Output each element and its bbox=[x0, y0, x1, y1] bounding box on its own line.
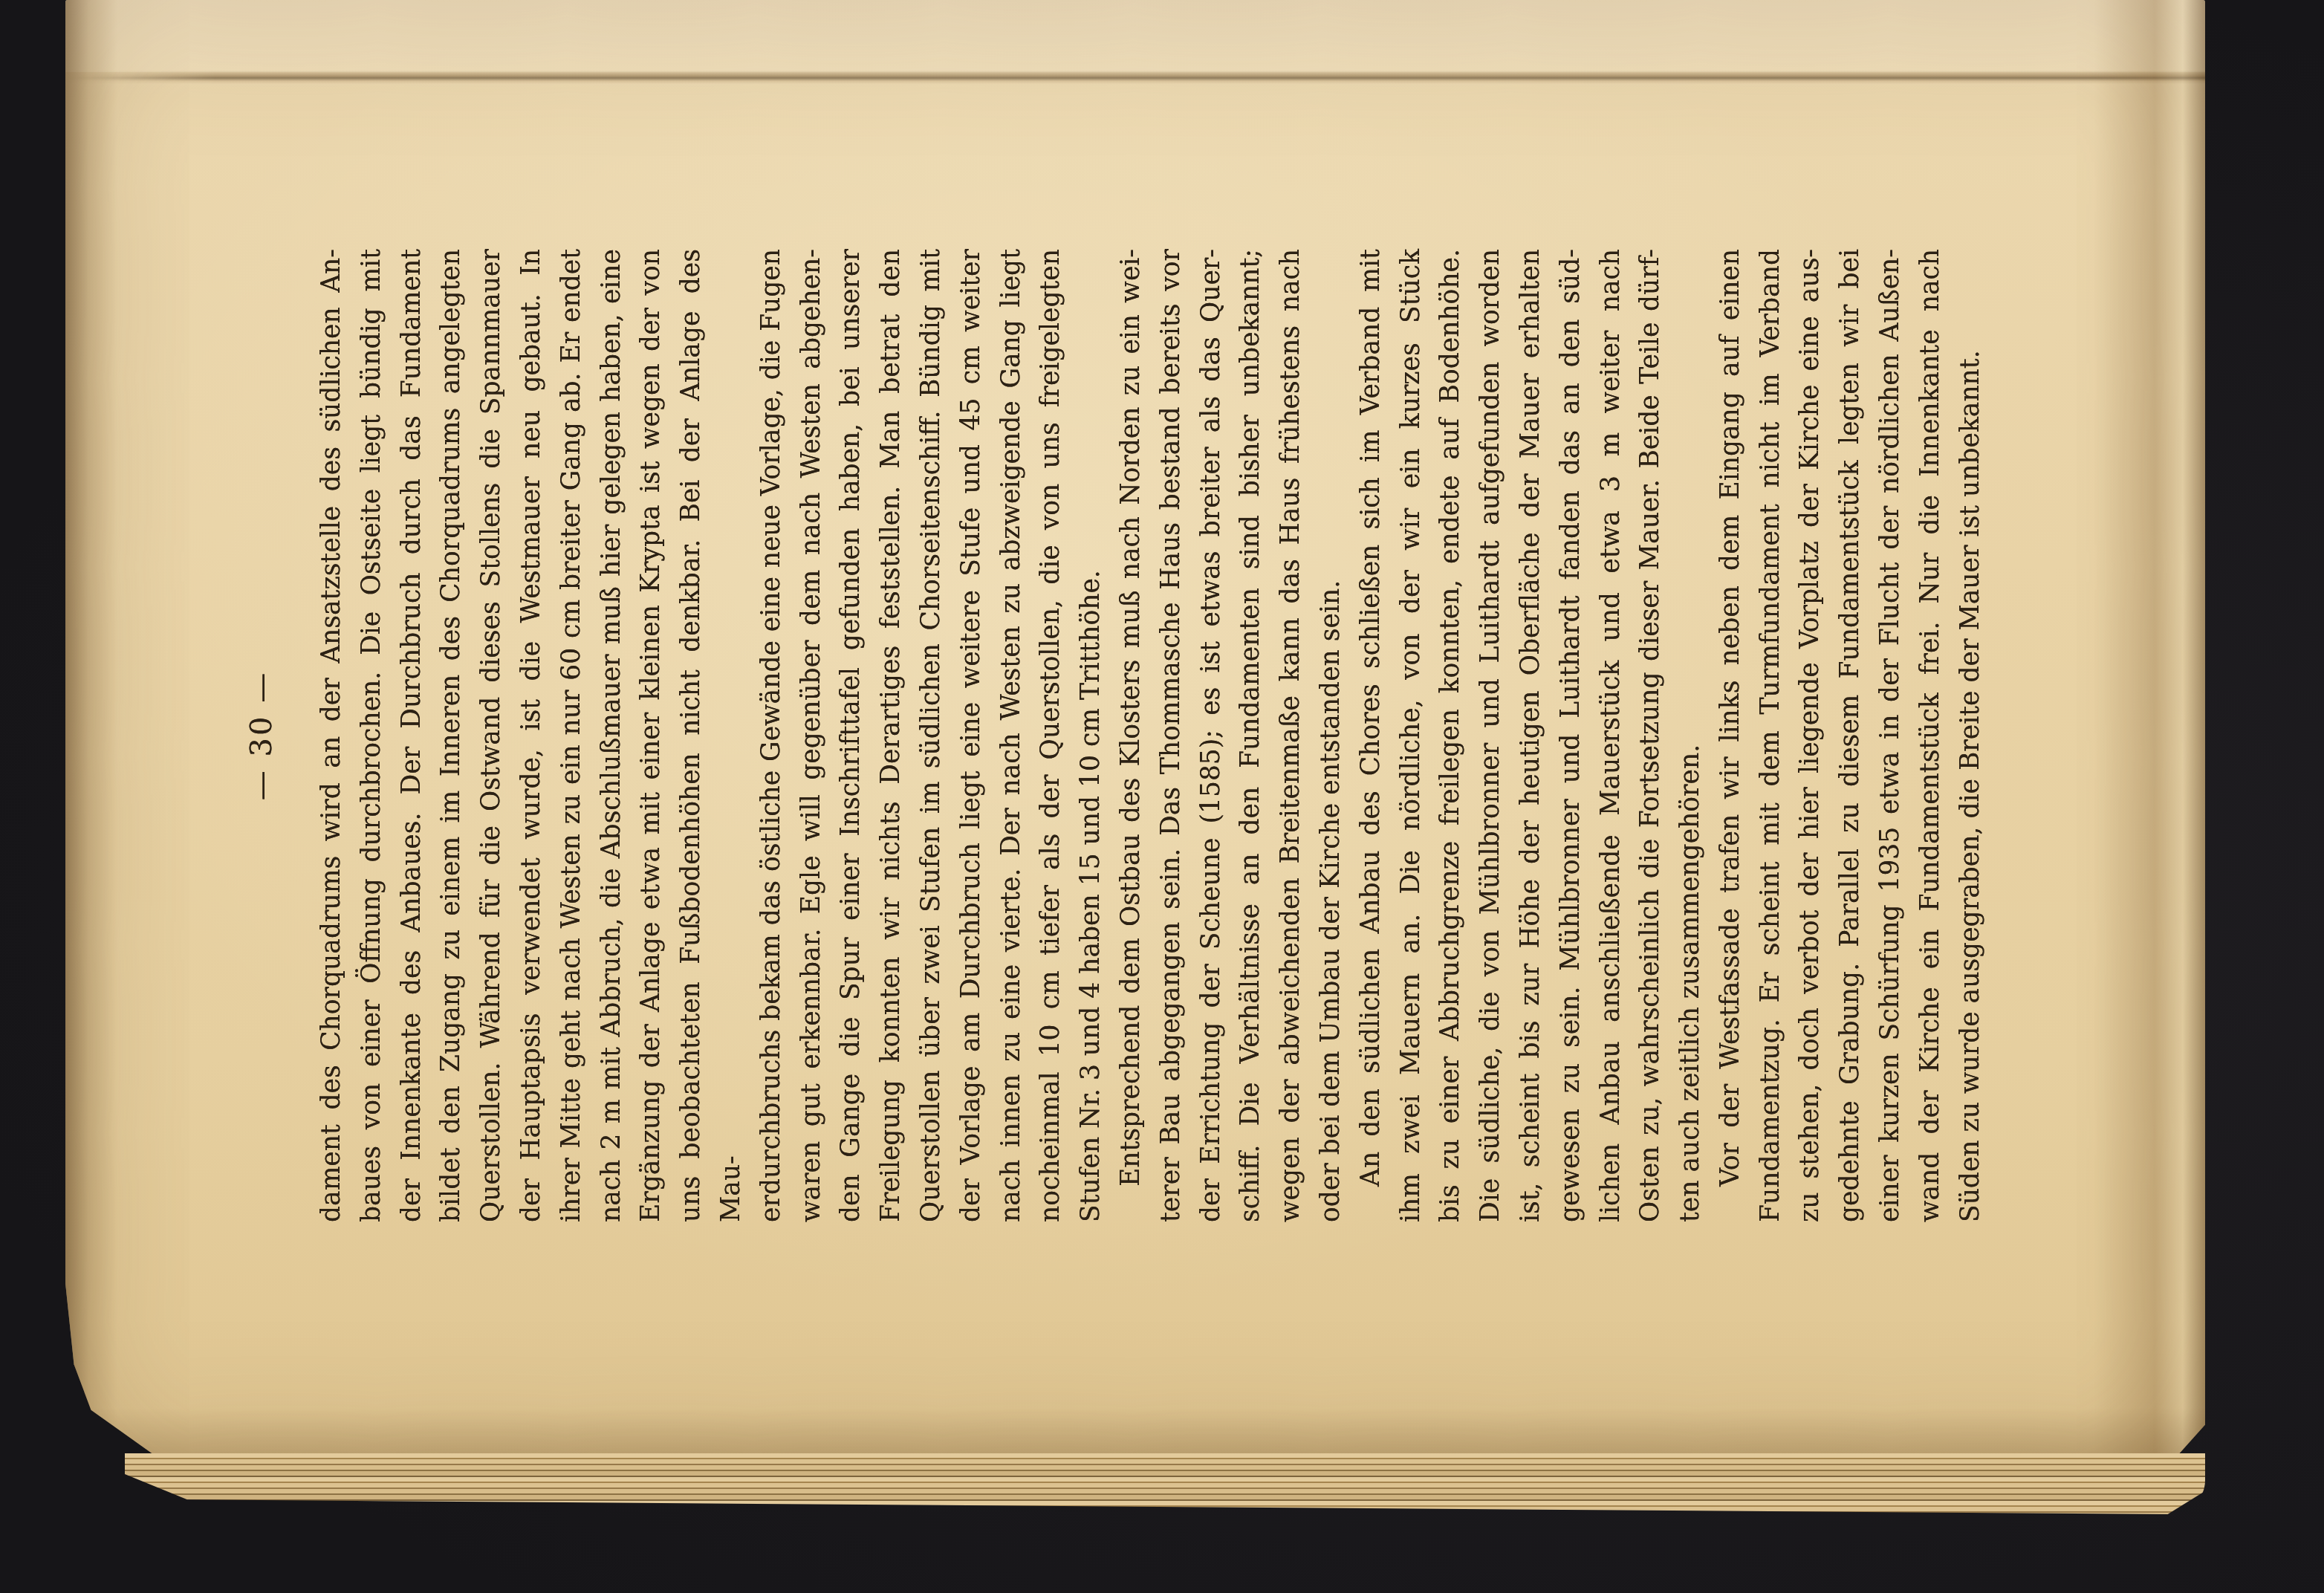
text-block: dament des Chorquadrums wird an der Ansa… bbox=[312, 249, 1990, 1222]
text-line: Freilegung konnten wir nichts Derartiges… bbox=[871, 249, 912, 1222]
text-line: gedehnte Grabung. Parallel zu diesem Fun… bbox=[1831, 249, 1871, 1222]
paragraph: Entsprechend dem Ostbau des Klosters muß… bbox=[1111, 249, 1351, 1222]
text-line: der Vorlage am Durchbruch liegt eine wei… bbox=[952, 249, 992, 1222]
text-line: schiff. Die Verhältnisse an den Fundamen… bbox=[1231, 249, 1271, 1222]
text-line: terer Bau abgegangen sein. Das Thommasch… bbox=[1152, 249, 1192, 1222]
text-line: bildet den Zugang zu einem im Inneren de… bbox=[432, 249, 472, 1222]
text-line: waren gut erkennbar. Egle will gegenüber… bbox=[792, 249, 832, 1222]
text-line: dament des Chorquadrums wird an der Ansa… bbox=[312, 249, 352, 1222]
text-line: gewesen zu sein. Mühlbronner und Luithar… bbox=[1551, 249, 1591, 1222]
text-line: Vor der Westfassade trafen wir links neb… bbox=[1711, 249, 1751, 1222]
text-line: lichen Anbau anschließende Mauerstück un… bbox=[1591, 249, 1632, 1222]
text-line: ist, scheint bis zur Höhe der heutigen O… bbox=[1511, 249, 1551, 1222]
text-line: uns beobachteten Fußbodenhöhen nicht den… bbox=[672, 249, 752, 1222]
text-line: wand der Kirche ein Fundamentstück frei.… bbox=[1911, 249, 1951, 1222]
book-sheet-edges bbox=[125, 1453, 2205, 1514]
rotated-page-content: — 30 — dament des Chorquadrums wird an d… bbox=[65, 0, 2205, 1412]
text-line: Süden zu wurde ausgegraben, die Breite d… bbox=[1951, 249, 1991, 1222]
text-line: Entsprechend dem Ostbau des Klosters muß… bbox=[1111, 249, 1152, 1222]
text-line: Stufen Nr. 3 und 4 haben 15 und 10 cm Tr… bbox=[1071, 249, 1111, 1222]
text-line: baues von einer Öffnung durchbrochen. Di… bbox=[352, 249, 392, 1222]
text-line: Ergänzung der Anlage etwa mit einer klei… bbox=[632, 249, 672, 1222]
text-line: Osten zu, wahrscheinlich die Fortsetzung… bbox=[1631, 249, 1671, 1222]
text-line: Querstollen. Während für die Ostwand die… bbox=[472, 249, 512, 1222]
text-line: nach 2 m mit Abbruch, die Abschlußmauer … bbox=[592, 249, 632, 1222]
text-line: der Errichtung der Scheune (1585); es is… bbox=[1192, 249, 1232, 1222]
text-line: ten auch zeitlich zusammengehören. bbox=[1671, 249, 1711, 1222]
text-line: Fundamentzug. Er scheint mit dem Turmfun… bbox=[1751, 249, 1791, 1222]
text-line: bis zu einer Abbruchgrenze freilegen kon… bbox=[1431, 249, 1471, 1222]
paragraph: An den südlichen Anbau des Chores schlie… bbox=[1351, 249, 1711, 1222]
text-line: der Hauptapsis verwendet wurde, ist die … bbox=[512, 249, 552, 1222]
photo-background: — 30 — dament des Chorquadrums wird an d… bbox=[0, 0, 2324, 1593]
text-line: den Gange die Spur einer Inschrifttafel … bbox=[831, 249, 871, 1222]
paragraph: Vor der Westfassade trafen wir links neb… bbox=[1711, 249, 1991, 1222]
text-line: oder bei dem Umbau der Kirche entstanden… bbox=[1311, 249, 1351, 1222]
text-line: Die südliche, die von Mühlbronner und Lu… bbox=[1471, 249, 1511, 1222]
page-number: — 30 — bbox=[245, 249, 278, 1222]
text-line: der Innenkante des Anbaues. Der Durchbru… bbox=[392, 249, 432, 1222]
text-line: nach innen zu eine vierte. Der nach West… bbox=[992, 249, 1032, 1222]
text-line: An den südlichen Anbau des Chores schlie… bbox=[1351, 249, 1392, 1222]
paragraph: dament des Chorquadrums wird an der Ansa… bbox=[312, 249, 1111, 1222]
text-line: nocheinmal 10 cm tiefer als der Querstol… bbox=[1031, 249, 1071, 1222]
text-line: wegen der abweichenden Breitenmaße kann … bbox=[1271, 249, 1311, 1222]
text-line: ihrer Mitte geht nach Westen zu ein nur … bbox=[552, 249, 592, 1222]
text-line: einer kurzen Schürfung 1935 etwa in der … bbox=[1871, 249, 1911, 1222]
text-line: Querstollen über zwei Stufen im südliche… bbox=[912, 249, 952, 1222]
text-line: zu stehen, doch verbot der hier liegende… bbox=[1791, 249, 1831, 1222]
text-line: ihm zwei Mauern an. Die nördliche, von d… bbox=[1392, 249, 1432, 1222]
text-line: erdurchbruchs bekam das östliche Gewände… bbox=[752, 249, 792, 1222]
